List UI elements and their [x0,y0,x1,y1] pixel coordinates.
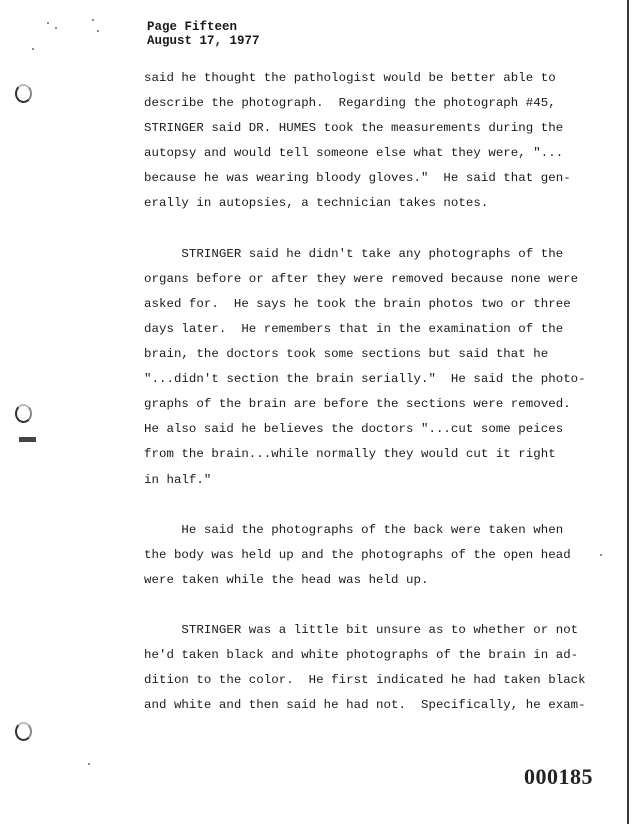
punch-hole-middle [15,404,32,423]
speck [55,27,57,29]
text-line: autopsy and would tell someone else what… [144,141,594,166]
speck [88,763,90,765]
text-line: He said the photographs of the back were… [144,518,594,543]
speck [97,30,99,32]
text-line: erally in autopsies, a technician takes … [144,191,594,216]
document-body: said he thought the pathologist would be… [144,66,594,744]
text-line: days later. He remembers that in the exa… [144,317,594,342]
page-header: Page Fifteen August 17, 1977 [147,20,260,48]
text-line: "...didn't section the brain serially." … [144,367,594,392]
speck [600,554,602,556]
punch-hole-bottom [15,722,32,741]
text-line: asked for. He says he took the brain pho… [144,292,594,317]
text-line: and white and then said he had not. Spec… [144,693,594,718]
text-line: from the brain...while normally they wou… [144,442,594,467]
text-line: in half." [144,468,594,493]
speck [32,48,34,50]
page-label: Page Fifteen [147,20,260,34]
text-line: the body was held up and the photographs… [144,543,594,568]
text-line: because he was wearing bloody gloves." H… [144,166,594,191]
paragraph: He said the photographs of the back were… [144,518,594,593]
paragraph: said he thought the pathologist would be… [144,66,594,217]
paragraph: STRINGER was a little bit unsure as to w… [144,618,594,718]
text-line: brain, the doctors took some sections bu… [144,342,594,367]
text-line: He also said he believes the doctors "..… [144,417,594,442]
punch-hole-top [15,84,32,103]
page-date: August 17, 1977 [147,34,260,48]
text-line: graphs of the brain are before the secti… [144,392,594,417]
text-line: dition to the color. He first indicated … [144,668,594,693]
bates-number: 000185 [524,764,593,790]
text-line: organs before or after they were removed… [144,267,594,292]
text-line: STRINGER said he didn't take any photogr… [144,242,594,267]
text-line: STRINGER was a little bit unsure as to w… [144,618,594,643]
text-line: he'd taken black and white photographs o… [144,643,594,668]
paragraph: STRINGER said he didn't take any photogr… [144,242,594,493]
speck [47,22,49,24]
speck [92,19,94,21]
text-line: were taken while the head was held up. [144,568,594,593]
text-line: describe the photograph. Regarding the p… [144,91,594,116]
text-line: STRINGER said DR. HUMES took the measure… [144,116,594,141]
page-edge-border [627,0,629,824]
ink-smudge [19,437,36,442]
text-line: said he thought the pathologist would be… [144,66,594,91]
